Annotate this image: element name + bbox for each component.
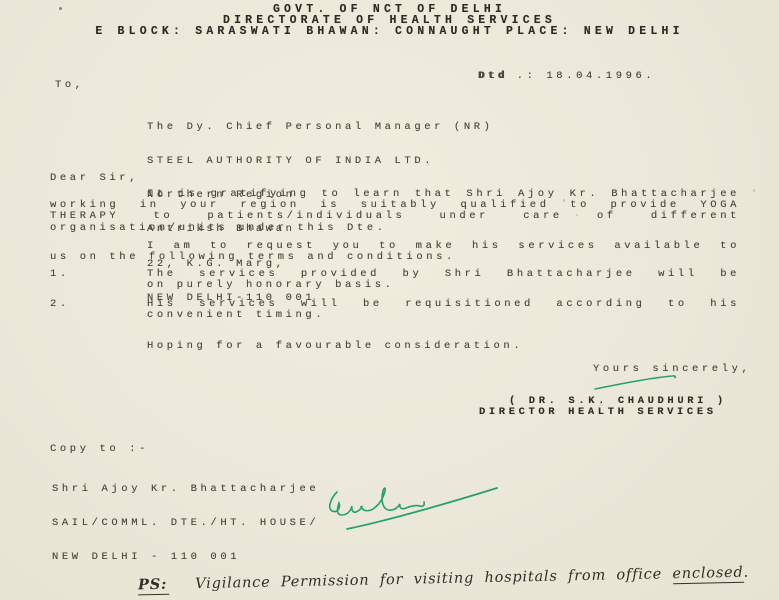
recipient-line: STEEL AUTHORITY OF INDIA LTD.: [147, 156, 494, 167]
copy-to-line: NEW DELHI - 110 001: [52, 552, 319, 563]
hoping-line: Hoping for a favourable consideration.: [147, 341, 523, 352]
paragraph-line: us on the following terms and conditions…: [50, 252, 740, 263]
copy-to-line: SAIL/COMML. DTE./HT. HOUSE/: [52, 518, 319, 529]
letterhead-line3: E BLOCK: SARASWATI BHAWAN: CONNAUGHT PLA…: [0, 26, 779, 37]
body-paragraph-2: I am to request you to make his services…: [50, 241, 740, 263]
body-paragraph-1: It is gratifying to learn that Shri Ajoy…: [50, 189, 740, 234]
scanned-letter-page: GOVT. OF NCT OF DELHI DIRECTORATE OF HEA…: [0, 0, 779, 600]
term-number: 1.: [50, 269, 70, 280]
term-line: convenient timing.: [147, 310, 740, 321]
recipient-line: The Dy. Chief Personal Manager (NR): [147, 122, 494, 133]
green-pen-stroke-icon: [592, 374, 680, 392]
paper-speck: [753, 189, 755, 192]
handwritten-signature-icon: [325, 482, 505, 534]
term-number: 2.: [50, 299, 70, 310]
postscript-period: .: [743, 565, 749, 581]
date-label: Dtd: [478, 70, 508, 82]
paragraph-line: THERAPY to patients/individuals under ca…: [50, 211, 740, 222]
salutation: Dear Sir,: [50, 173, 139, 184]
copy-to-label: Copy to :-: [50, 444, 149, 455]
signatory-title: DIRECTOR HEALTH SERVICES: [479, 407, 717, 418]
term-item-1: The services provided by Shri Bhattachar…: [147, 269, 740, 291]
postscript-underlined-word: enclosed: [672, 565, 743, 584]
paper-speck: [59, 7, 62, 10]
postscript-label: PS:: [138, 576, 170, 596]
paragraph-line: organisation/units under this Dte.: [50, 223, 740, 234]
to-label: To,: [55, 80, 85, 91]
date-value: .: 18.04.1996.: [517, 70, 656, 82]
term-item-2: His services will be requisitioned accor…: [147, 299, 740, 321]
copy-to-line: Shri Ajoy Kr. Bhattacharjee: [52, 484, 319, 495]
date-line: Dtd.: 18.04.1996.: [478, 71, 655, 82]
term-line: on purely honorary basis.: [147, 280, 740, 291]
copy-to-address: Shri Ajoy Kr. Bhattacharjee SAIL/COMML. …: [52, 461, 319, 586]
